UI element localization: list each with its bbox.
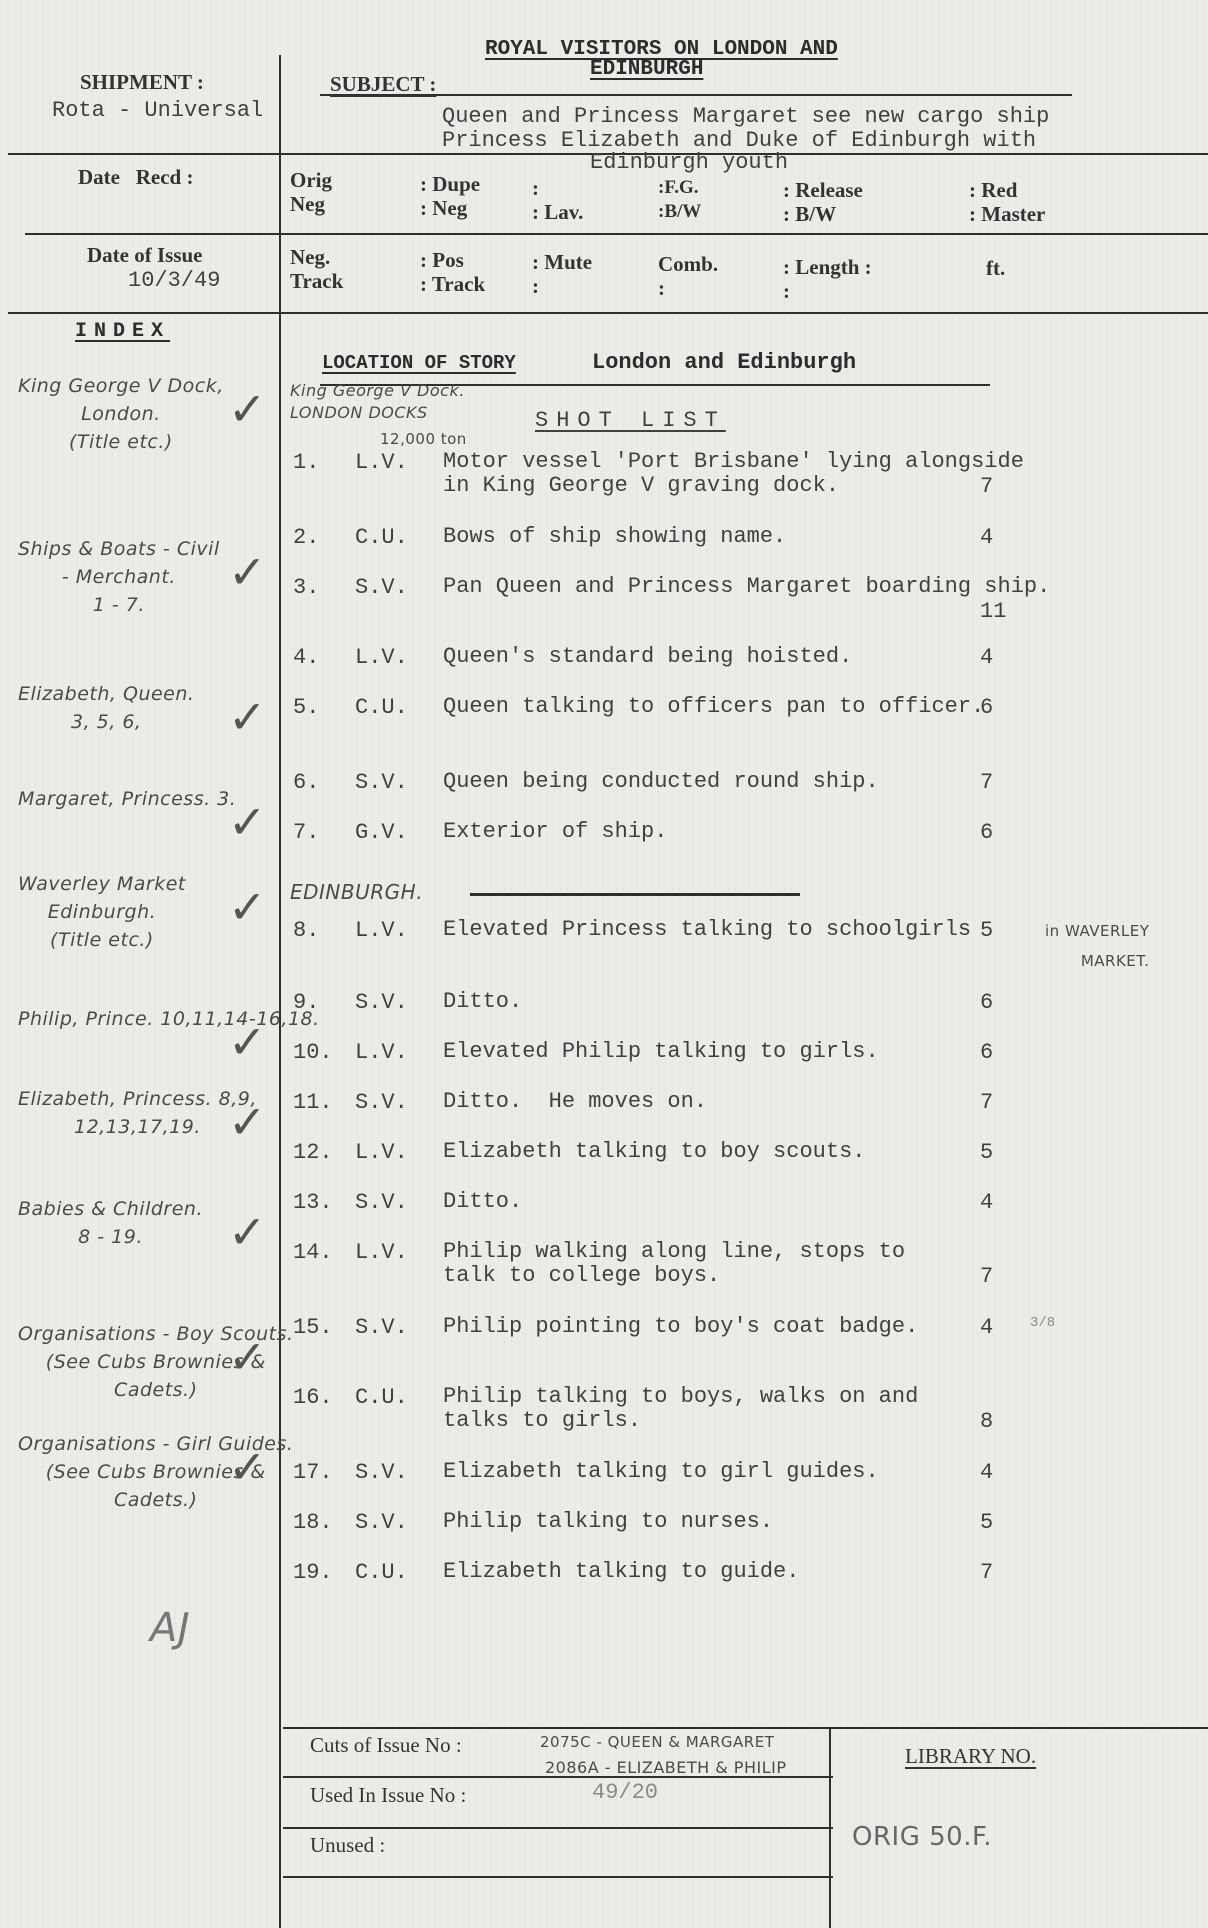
shot-number: 16. <box>293 1385 333 1410</box>
shot-footage: 4 <box>980 525 993 550</box>
shot-type: C.U. <box>355 1385 408 1410</box>
shot-footage: 7 <box>980 1264 993 1289</box>
checkmark-icon: ✓ <box>228 1095 267 1149</box>
shot-description: Philip talking to nurses. <box>443 1510 773 1534</box>
shot-type: G.V. <box>355 820 408 845</box>
main-column-divider <box>279 55 281 1928</box>
checkmark-icon: ✓ <box>228 880 267 934</box>
location-label: LOCATION OF STORY <box>322 352 516 374</box>
shot-type: L.V. <box>355 918 408 943</box>
checkmark-icon: ✓ <box>228 545 267 599</box>
checkmark-icon: ✓ <box>228 382 267 436</box>
field-orig-neg: Orig Neg <box>290 168 332 216</box>
shot-type: C.U. <box>355 525 408 550</box>
shot-footage: 6 <box>980 990 993 1015</box>
field-fg-bw: :F.G. :B/W <box>658 176 701 224</box>
shot-type: S.V. <box>355 575 408 600</box>
shot-footage: 5 <box>980 1510 993 1535</box>
checkmark-icon: ✓ <box>228 1440 267 1494</box>
index-entry: Ships & Boats - Civil - Merchant. 1 - 7. <box>18 535 220 619</box>
index-entry: Philip, Prince. 10,11,14-16,18. <box>18 1005 320 1033</box>
location-handwritten-note: King George V Dock. LONDON DOCKS <box>290 380 465 424</box>
date-of-issue-label: Date of Issue <box>87 243 203 268</box>
rule-form-row1 <box>25 233 1208 235</box>
subject-label: SUBJECT : <box>330 72 436 97</box>
shot-footage: 4 <box>980 1190 993 1215</box>
shot-number: 11. <box>293 1090 333 1115</box>
shot-number: 1. <box>293 450 319 475</box>
shot-list-heading: SHOT LIST <box>535 408 726 433</box>
shot-description: Ditto. <box>443 990 522 1014</box>
field-dupe-neg: : Dupe : Neg <box>420 172 480 220</box>
shot-description: Elizabeth talking to boy scouts. <box>443 1140 865 1164</box>
rule-footer-top <box>283 1727 1208 1729</box>
shot-type: S.V. <box>355 1460 408 1485</box>
footer-divider <box>829 1727 831 1928</box>
subject-line3: Edinburgh youth <box>590 150 788 175</box>
rule-footer-used <box>283 1827 833 1829</box>
initials-signature: AJ <box>150 1605 190 1651</box>
shot-number: 6. <box>293 770 319 795</box>
shot-description: Queen talking to officers pan to officer… <box>443 695 984 719</box>
field-length: : Length : : <box>783 255 872 303</box>
rule-form-row2 <box>8 312 1208 314</box>
field-pos-track: : Pos : Track <box>420 248 485 296</box>
date-recd-label: Date Recd : <box>78 165 193 190</box>
shot-number: 17. <box>293 1460 333 1485</box>
library-no-label: LIBRARY NO. <box>905 1744 1036 1769</box>
shot-type: L.V. <box>355 1140 408 1165</box>
checkmark-icon: ✓ <box>228 795 267 849</box>
subject-line1: Queen and Princess Margaret see new carg… <box>442 104 1049 129</box>
shot-footage: 4 <box>980 645 993 670</box>
shot-type: L.V. <box>355 450 408 475</box>
unused-label: Unused : <box>310 1833 385 1858</box>
shot-footage: 8 <box>980 1409 993 1434</box>
shipment-label: SHIPMENT : <box>80 70 204 95</box>
field-red-master: : Red : Master <box>969 178 1045 226</box>
checkmark-icon: ✓ <box>228 690 267 744</box>
shot-number: 10. <box>293 1040 333 1065</box>
shot-margin-note: 3/8 <box>1030 1315 1055 1331</box>
index-entry: Waverley Market Edinburgh. (Title etc.) <box>18 870 186 954</box>
used-in-issue-label: Used In Issue No : <box>310 1783 466 1808</box>
cuts-value-2: 2086A - ELIZABETH & PHILIP <box>545 1758 786 1777</box>
shot-footage: 7 <box>980 1090 993 1115</box>
shot-annotation: in WAVERLEY MARKET. <box>1045 916 1149 976</box>
index-entry: King George V Dock, London. (Title etc.) <box>18 372 224 456</box>
shot-number: 14. <box>293 1240 333 1265</box>
shot-footage: 6 <box>980 820 993 845</box>
field-release-bw: : Release : B/W <box>783 178 863 226</box>
shot-description: Philip talking to boys, walks on and tal… <box>443 1385 918 1433</box>
shot-number: 4. <box>293 645 319 670</box>
shot-number: 2. <box>293 525 319 550</box>
shot-description: Elevated Princess talking to schoolgirls <box>443 918 971 942</box>
shot-annotation: 12,000 ton <box>380 430 467 448</box>
shot-number: 13. <box>293 1190 333 1215</box>
edinburgh-heading: EDINBURGH. <box>290 880 423 904</box>
shot-type: L.V. <box>355 1240 408 1265</box>
shot-description: Motor vessel 'Port Brisbane' lying along… <box>443 450 1024 498</box>
index-entry: Elizabeth, Princess. 8,9, 12,13,17,19. <box>18 1085 257 1141</box>
checkmark-icon: ✓ <box>228 1015 267 1069</box>
cuts-value-1: 2075C - QUEEN & MARGARET <box>540 1733 774 1751</box>
document-title-line2: EDINBURGH <box>590 58 703 81</box>
rule-footer-unused <box>283 1876 833 1878</box>
shot-footage: 7 <box>980 1560 993 1585</box>
shot-description: Queen's standard being hoisted. <box>443 645 852 669</box>
cuts-label: Cuts of Issue No : <box>310 1733 462 1758</box>
shot-type: S.V. <box>355 1090 408 1115</box>
shot-description: Philip walking along line, stops to talk… <box>443 1240 905 1288</box>
used-in-issue-value: 49/20 <box>592 1780 658 1805</box>
shot-type: S.V. <box>355 990 408 1015</box>
shot-description: Ditto. <box>443 1190 522 1214</box>
shot-number: 18. <box>293 1510 333 1535</box>
shot-type: S.V. <box>355 1510 408 1535</box>
shot-type: S.V. <box>355 1190 408 1215</box>
shot-number: 3. <box>293 575 319 600</box>
shot-footage: 11 <box>980 599 1006 624</box>
field-comb: Comb. : <box>658 252 718 300</box>
field-lav: : : Lav. <box>532 176 583 224</box>
shot-footage: 7 <box>980 770 993 795</box>
field-neg-track: Neg. Track <box>290 245 343 293</box>
checkmark-icon: ✓ <box>228 1330 267 1384</box>
shot-number: 9. <box>293 990 319 1015</box>
edinburgh-rule <box>470 893 800 896</box>
shot-number: 12. <box>293 1140 333 1165</box>
field-length-unit: ft. <box>986 256 1005 281</box>
shot-number: 7. <box>293 820 319 845</box>
index-entry: Margaret, Princess. 3. <box>18 785 236 813</box>
shot-type: C.U. <box>355 1560 408 1585</box>
field-mute: : Mute : <box>532 250 592 298</box>
location-value: London and Edinburgh <box>592 350 856 375</box>
checkmark-icon: ✓ <box>228 1205 267 1259</box>
index-entry: Elizabeth, Queen. 3, 5, 6, <box>18 680 194 736</box>
shot-footage: 4 <box>980 1315 993 1340</box>
shot-number: 15. <box>293 1315 333 1340</box>
shot-description: Elizabeth talking to guide. <box>443 1560 799 1584</box>
shot-footage: 6 <box>980 1040 993 1065</box>
shot-number: 19. <box>293 1560 333 1585</box>
index-entry: Babies & Children. 8 - 19. <box>18 1195 203 1251</box>
shot-footage: 5 <box>980 918 993 943</box>
library-no-value: ORIG 50.F. <box>852 1822 992 1852</box>
shot-description: Elevated Philip talking to girls. <box>443 1040 879 1064</box>
date-of-issue-value: 10/3/49 <box>128 268 220 293</box>
index-heading: INDEX <box>75 320 170 343</box>
shot-description: Queen being conducted round ship. <box>443 770 879 794</box>
shot-description: Ditto. He moves on. <box>443 1090 707 1114</box>
shot-number: 8. <box>293 918 319 943</box>
shot-description: Pan Queen and Princess Margaret boarding… <box>443 575 1050 599</box>
shot-description: Bows of ship showing name. <box>443 525 786 549</box>
shipment-value: Rota - Universal <box>52 98 263 123</box>
shot-number: 5. <box>293 695 319 720</box>
shot-footage: 7 <box>980 474 993 499</box>
shot-description: Elizabeth talking to girl guides. <box>443 1460 879 1484</box>
shot-description: Exterior of ship. <box>443 820 667 844</box>
shot-footage: 6 <box>980 695 993 720</box>
shot-type: C.U. <box>355 695 408 720</box>
shot-footage: 5 <box>980 1140 993 1165</box>
shot-type: S.V. <box>355 770 408 795</box>
shot-footage: 4 <box>980 1460 993 1485</box>
shot-description: Philip pointing to boy's coat badge. <box>443 1315 918 1339</box>
shot-type: S.V. <box>355 1315 408 1340</box>
shot-type: L.V. <box>355 645 408 670</box>
shot-type: L.V. <box>355 1040 408 1065</box>
